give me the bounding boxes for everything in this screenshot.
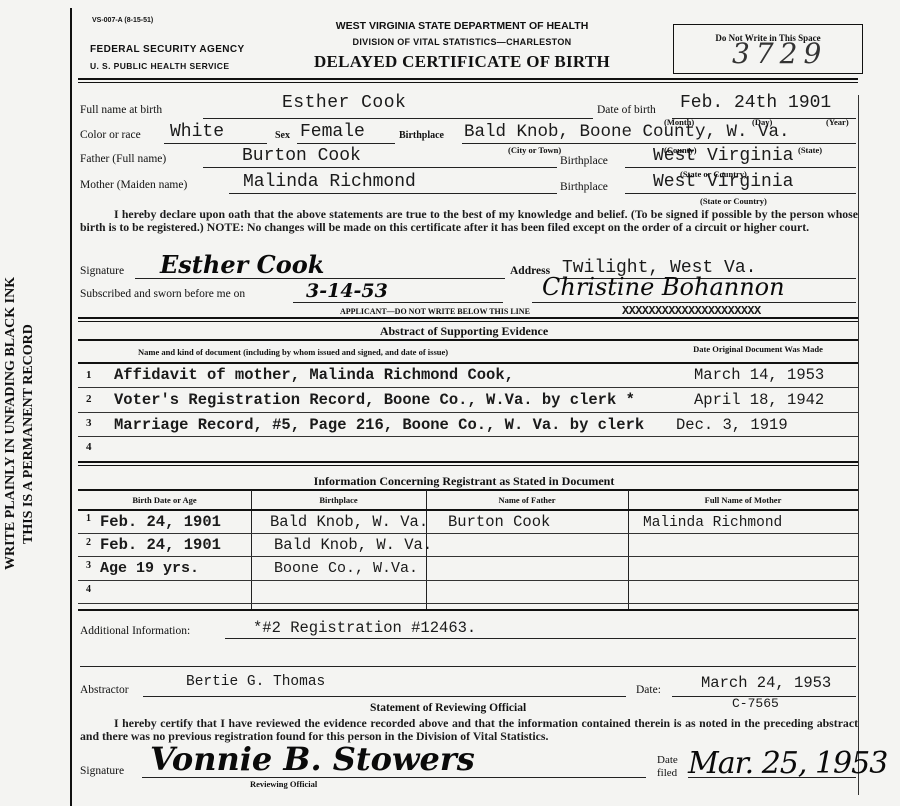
notary-signature: Christine Bohannon bbox=[542, 273, 785, 301]
info-row-father: Burton Cook bbox=[448, 513, 550, 531]
father-label: Father (Full name) bbox=[80, 153, 166, 165]
birthplace-sub-state: (State) bbox=[798, 145, 822, 155]
sworn-date-underline bbox=[293, 302, 503, 303]
birthplace-value: Bald Knob, Boone County, W. Va. bbox=[464, 122, 790, 142]
department-line-1: WEST VIRGINIA STATE DEPARTMENT OF HEALTH bbox=[282, 20, 642, 32]
sworn-label: Subscribed and sworn before me on bbox=[80, 288, 245, 300]
abstract-row-number: 2 bbox=[86, 393, 92, 405]
office-number: 3729 bbox=[732, 37, 827, 70]
date-filed-value: Mar. 25, 1953 bbox=[688, 746, 887, 781]
info-row-birthplace: Boone Co., W.Va. bbox=[274, 560, 418, 577]
info-col-birthplace: Birthplace bbox=[251, 495, 426, 505]
mother-birthplace-label: Birthplace bbox=[560, 181, 608, 193]
abstract-row-date: Dec. 3, 1919 bbox=[676, 416, 788, 434]
mother-value: Malinda Richmond bbox=[243, 172, 416, 192]
info-col-birth: Birth Date or Age bbox=[78, 495, 251, 505]
abstract-row-document: Affidavit of mother, Malinda Richmond Co… bbox=[114, 366, 514, 384]
reviewer-signature-label: Signature bbox=[80, 765, 124, 777]
race-value: White bbox=[170, 122, 224, 142]
father-birthplace-underline bbox=[625, 167, 856, 168]
mother-birthplace-underline bbox=[625, 193, 856, 194]
reviewer-signature-sub: Reviewing Official bbox=[250, 779, 317, 789]
abstract-row: 2 Voter's Registration Record, Boone Co.… bbox=[78, 388, 858, 413]
info-row-number: 1 bbox=[86, 513, 91, 524]
abstract-col-date: Date Original Document Was Made bbox=[688, 345, 828, 354]
info-row: 2 Feb. 24, 1901 Bald Knob, W. Va. bbox=[78, 534, 858, 557]
mother-birthplace-sub: (State or Country) bbox=[700, 196, 767, 206]
abstract-date-label: Date: bbox=[636, 684, 661, 696]
right-border bbox=[858, 95, 859, 795]
full-name-label: Full name at birth bbox=[80, 104, 162, 116]
mother-label: Mother (Maiden name) bbox=[80, 179, 187, 191]
abstractor-underline bbox=[143, 696, 626, 697]
info-col-mother: Full Name of Mother bbox=[628, 495, 858, 505]
info-row-birthplace: Bald Knob, W. Va. bbox=[270, 513, 428, 531]
sworn-date: 3-14-53 bbox=[306, 280, 388, 302]
father-birthplace-value: West Virginia bbox=[653, 146, 793, 166]
dob-label: Date of birth bbox=[597, 104, 656, 116]
abstract-row: 1 Affidavit of mother, Malinda Richmond … bbox=[78, 364, 858, 388]
abstract-title-rule bbox=[78, 339, 858, 341]
applicant-signature-label: Signature bbox=[80, 265, 124, 277]
info-row-number: 4 bbox=[86, 584, 91, 595]
sex-label: Sex bbox=[275, 130, 290, 141]
abstract-col-document: Name and kind of document (including by … bbox=[138, 347, 448, 357]
info-row-birthplace: Bald Knob, W. Va. bbox=[274, 536, 432, 554]
full-name-value: Esther Cook bbox=[282, 93, 406, 113]
birthplace-underline bbox=[462, 143, 856, 144]
date-filed-label-2: filed bbox=[657, 767, 677, 779]
birthplace-sub-city: (City or Town) bbox=[508, 145, 561, 155]
info-row: 3 Age 19 yrs. Boone Co., W.Va. bbox=[78, 557, 858, 581]
margin-line-1: WRITE PLAINLY IN UNFADING BLACK INK bbox=[2, 190, 20, 590]
additional-info-line-2 bbox=[80, 666, 856, 667]
abstract-row-date: March 14, 1953 bbox=[694, 366, 824, 384]
info-row-number: 2 bbox=[86, 537, 91, 548]
header-divider bbox=[78, 78, 858, 83]
abstract-title: Abstract of Supporting Evidence bbox=[70, 324, 858, 339]
abstract-row: 4 bbox=[78, 437, 858, 459]
dob-sub-day: (Day) bbox=[752, 117, 772, 127]
reviewer-signature: Vonnie B. Stowers bbox=[150, 740, 475, 778]
additional-info-underline bbox=[225, 638, 856, 639]
birthplace-label: Birthplace bbox=[399, 130, 444, 141]
dob-value: Feb. 24th 1901 bbox=[680, 93, 831, 113]
abstract-date-value: March 24, 1953 bbox=[701, 674, 831, 692]
applicant-signature: Esther Cook bbox=[160, 250, 324, 279]
info-row-birth: Feb. 24, 1901 bbox=[100, 513, 221, 531]
sex-value: Female bbox=[300, 122, 365, 142]
full-name-underline bbox=[203, 118, 593, 119]
info-row-number: 3 bbox=[86, 560, 91, 571]
info-col-father: Name of Father bbox=[426, 495, 628, 505]
info-bottom-rule bbox=[78, 609, 858, 611]
father-underline bbox=[203, 167, 557, 168]
abstract-row-number: 3 bbox=[86, 417, 92, 429]
info-row-mother: Malinda Richmond bbox=[643, 515, 782, 531]
abstract-row-date: April 18, 1942 bbox=[694, 391, 824, 409]
department-line-2: DIVISION OF VITAL STATISTICS—CHARLESTON bbox=[282, 37, 642, 47]
left-border bbox=[70, 8, 72, 806]
notary-underline bbox=[532, 302, 856, 303]
additional-info-label: Additional Information: bbox=[80, 625, 190, 637]
applicant-divider bbox=[78, 317, 858, 322]
abstract-row-document: Voter's Registration Record, Boone Co., … bbox=[114, 391, 635, 409]
declaration-text: I hereby declare upon oath that the abov… bbox=[80, 208, 858, 235]
margin-instruction: WRITE PLAINLY IN UNFADING BLACK INK THIS… bbox=[2, 190, 62, 590]
father-birthplace-label: Birthplace bbox=[560, 155, 608, 167]
additional-info-value: *#2 Registration #12463. bbox=[253, 619, 476, 637]
abstract-row-number: 4 bbox=[86, 441, 92, 453]
info-row-birth: Feb. 24, 1901 bbox=[100, 536, 221, 554]
certificate-title: DELAYED CERTIFICATE OF BIRTH bbox=[282, 52, 642, 72]
dob-sub-year: (Year) bbox=[826, 117, 849, 127]
office-use-box: Do Not Write in This Space 3729 bbox=[673, 24, 863, 74]
margin-line-2: THIS IS A PERMANENT RECORD bbox=[20, 190, 38, 590]
abstract-row-number: 1 bbox=[86, 369, 92, 381]
abstract-row-document: Marriage Record, #5, Page 216, Boone Co.… bbox=[114, 416, 644, 434]
review-title: Statement of Reviewing Official bbox=[370, 702, 526, 714]
race-underline bbox=[164, 143, 267, 144]
mother-birthplace-value: West Virginia bbox=[653, 172, 793, 192]
sex-underline bbox=[297, 143, 395, 144]
info-row-birth: Age 19 yrs. bbox=[100, 560, 199, 577]
abstractor-label: Abstractor bbox=[80, 684, 129, 696]
race-label: Color or race bbox=[80, 129, 141, 141]
info-title: Information Concerning Registrant as Sta… bbox=[70, 474, 858, 489]
applicant-note: APPLICANT—DO NOT WRITE BELOW THIS LINE bbox=[340, 307, 530, 316]
notary-title: XXXXXXXXXXXXXXXXXXXXX bbox=[622, 304, 761, 318]
father-value: Burton Cook bbox=[242, 146, 361, 166]
info-row: 4 bbox=[78, 581, 858, 604]
agency-line-1: FEDERAL SECURITY AGENCY bbox=[90, 44, 245, 55]
agency-line-2: U. S. PUBLIC HEALTH SERVICE bbox=[90, 61, 229, 71]
dob-sub-month: (Month) bbox=[664, 117, 694, 127]
abstract-divider bbox=[78, 461, 858, 466]
form-code: VS-007-A (8-15-51) bbox=[92, 17, 153, 24]
date-filed-label-1: Date bbox=[657, 754, 678, 766]
mother-underline bbox=[229, 193, 557, 194]
info-title-rule bbox=[78, 489, 858, 491]
abstractor-name: Bertie G. Thomas bbox=[186, 674, 325, 690]
certificate-number: C-7565 bbox=[732, 696, 779, 711]
abstract-row: 3 Marriage Record, #5, Page 216, Boone C… bbox=[78, 413, 858, 437]
info-row: 1 Feb. 24, 1901 Bald Knob, W. Va. Burton… bbox=[78, 511, 858, 534]
